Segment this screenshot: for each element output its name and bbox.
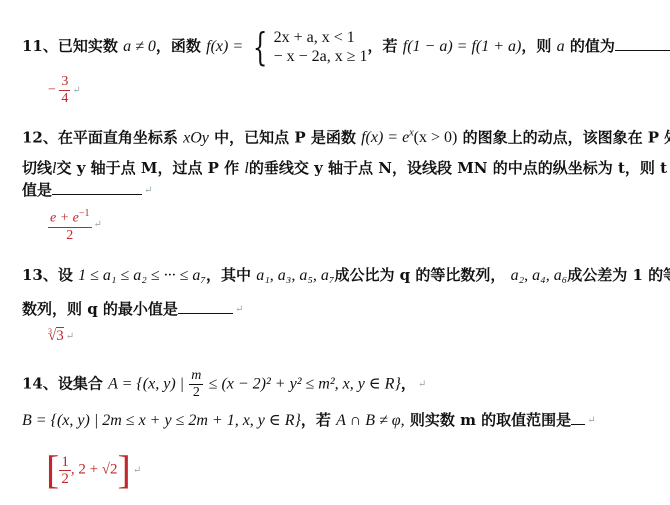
question-12: 12、在平面直角坐标系 xOy 中，已知点 P 是函数 f(x) = ex(x … (22, 124, 670, 148)
answer-blank[interactable] (615, 36, 670, 51)
piecewise: { 2x + a, x < 1 − x − 2a, x ≥ 1 (248, 28, 367, 66)
question-13-line2: 数列，则 q 的最小值是↵ (22, 299, 243, 320)
paragraph-mark-icon: ↵ (144, 185, 152, 196)
answer-13: 3√3↵ (48, 327, 74, 345)
question-12-line3: 值是↵ (22, 180, 152, 201)
answer-blank[interactable] (571, 410, 585, 425)
paragraph-mark-icon: ↵ (418, 379, 426, 390)
function-def: f(x) = (206, 38, 243, 55)
question-11: 11、已知实数 a ≠ 0，函数 f(x) = { 2x + a, x < 1 … (22, 28, 670, 66)
question-14-line2: B = {(x, y) | 2m ≤ x + y ≤ 2m + 1, x, y … (22, 410, 596, 431)
answer-14: [12, 2 + √2]↵ (46, 450, 141, 490)
equation: f(1 − a) = f(1 + a) (403, 38, 522, 55)
paragraph-mark-icon: ↵ (133, 465, 141, 476)
paragraph-mark-icon: ↵ (587, 415, 595, 426)
paragraph-mark-icon: ↵ (72, 85, 80, 96)
answer-12: e + e−12↵ (48, 206, 102, 244)
left-brace: { (253, 28, 268, 66)
answer-11: − 34↵ (48, 74, 81, 107)
answer-blank[interactable] (52, 180, 142, 195)
question-14: 14、设集合 A = {(x, y) | m2 ≤ (x − 2)² + y² … (22, 368, 426, 401)
condition: a ≠ 0 (123, 38, 156, 55)
answer-blank[interactable] (178, 299, 233, 314)
question-13: 13、设 1 ≤ a₁ ≤ a₂ ≤ ··· ≤ a₇，其中 a₁, a₃, a… (22, 265, 670, 286)
question-12-line2: 切线l交 y 轴于点 M，过点 P 作 l的垂线交 y 轴于点 N，设线段 MN… (22, 158, 670, 179)
paragraph-mark-icon: ↵ (94, 219, 102, 230)
paragraph-mark-icon: ↵ (235, 304, 243, 315)
paragraph-mark-icon: ↵ (66, 331, 74, 342)
question-number: 11、 (22, 37, 58, 55)
